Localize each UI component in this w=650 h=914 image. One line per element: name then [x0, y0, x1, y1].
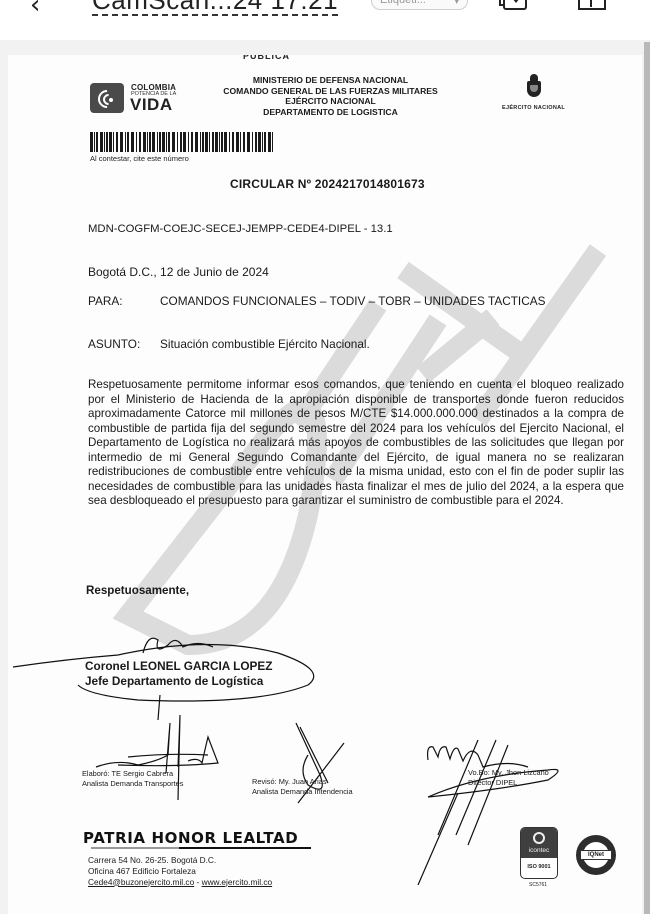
footer-address: Carrera 54 No. 26-25. Bogotá D.C. Oficin… [88, 855, 272, 887]
prepared-by: Elaboró: TE Sergio Cabrera Analista Dema… [82, 769, 183, 788]
recipients: COMANDOS FUNCIONALES – TODIV – TOBR – UN… [160, 294, 545, 308]
page-layout-icon[interactable] [578, 0, 606, 10]
save-to-device-icon[interactable] [503, 0, 527, 10]
website-link[interactable]: www.ejercito.mil.co [202, 877, 273, 887]
motto-divider [91, 847, 311, 849]
document-page: PUBLICA COLOMBIA POTENCIA DE LA VIDA MIN… [8, 55, 642, 914]
app-top-bar: ‹ CamScan...24 17:21 Etiqueti... ▾ [0, 0, 650, 40]
barcode [90, 132, 274, 152]
certificate-code: SC5761 [529, 882, 547, 888]
motto: PATRIA HONOR LEALTAD [83, 829, 298, 847]
classification-label: PUBLICA [243, 55, 290, 61]
reference-code: MDN-COGFM-COEJC-SECEJ-JEMPP-CEDE4-DIPEL … [88, 223, 393, 235]
icontec-certification-badge: icontec ISO 9001 [520, 827, 558, 879]
barcode-note: Al contestar, cite este número [90, 154, 189, 163]
crest-label: EJÉRCITO NACIONAL [502, 105, 565, 111]
organization-header: MINISTERIO DE DEFENSA NACIONAL COMANDO G… [203, 75, 458, 117]
reviewed-by: Revisó: My. Juan Arias Analista Demanda … [252, 777, 353, 796]
icontec-logo-icon [533, 832, 545, 844]
body-paragraph: Respetuosamente permitome informar esos … [88, 378, 624, 509]
tag-chip[interactable]: Etiqueti... ▾ [371, 0, 468, 10]
wifi-wave-logo-icon [90, 83, 124, 113]
chevron-down-icon: ▾ [454, 0, 459, 8]
circular-number: CIRCULAR Nº 2024217014801673 [230, 177, 425, 191]
email-link[interactable]: Cede4@buzonejercito.mil.co [88, 877, 194, 887]
subject: Situación combustible Ejército Nacional. [160, 337, 370, 351]
army-crest-icon [523, 73, 545, 99]
document-title[interactable]: CamScan...24 17:21 [92, 0, 338, 16]
signer-name: Coronel LEONEL GARCIA LOPEZ [85, 659, 272, 673]
signer-role: Jefe Departamento de Logística [85, 674, 263, 688]
tag-chip-label: Etiqueti... [380, 0, 426, 6]
colombia-potencia-vida-logo: COLOMBIA POTENCIA DE LA VIDA [90, 81, 190, 115]
closing: Respetuosamente, [86, 584, 189, 597]
vertical-scrollbar[interactable] [644, 42, 650, 914]
iqnet-certification-badge: IQNet [576, 835, 616, 875]
approved-by: Vo.Bo: My. Jhon Lizcano Director DIPEL [468, 768, 549, 787]
place-and-date: Bogotá D.C., 12 de Junio de 2024 [88, 265, 269, 279]
back-button[interactable]: ‹ [30, 0, 40, 20]
